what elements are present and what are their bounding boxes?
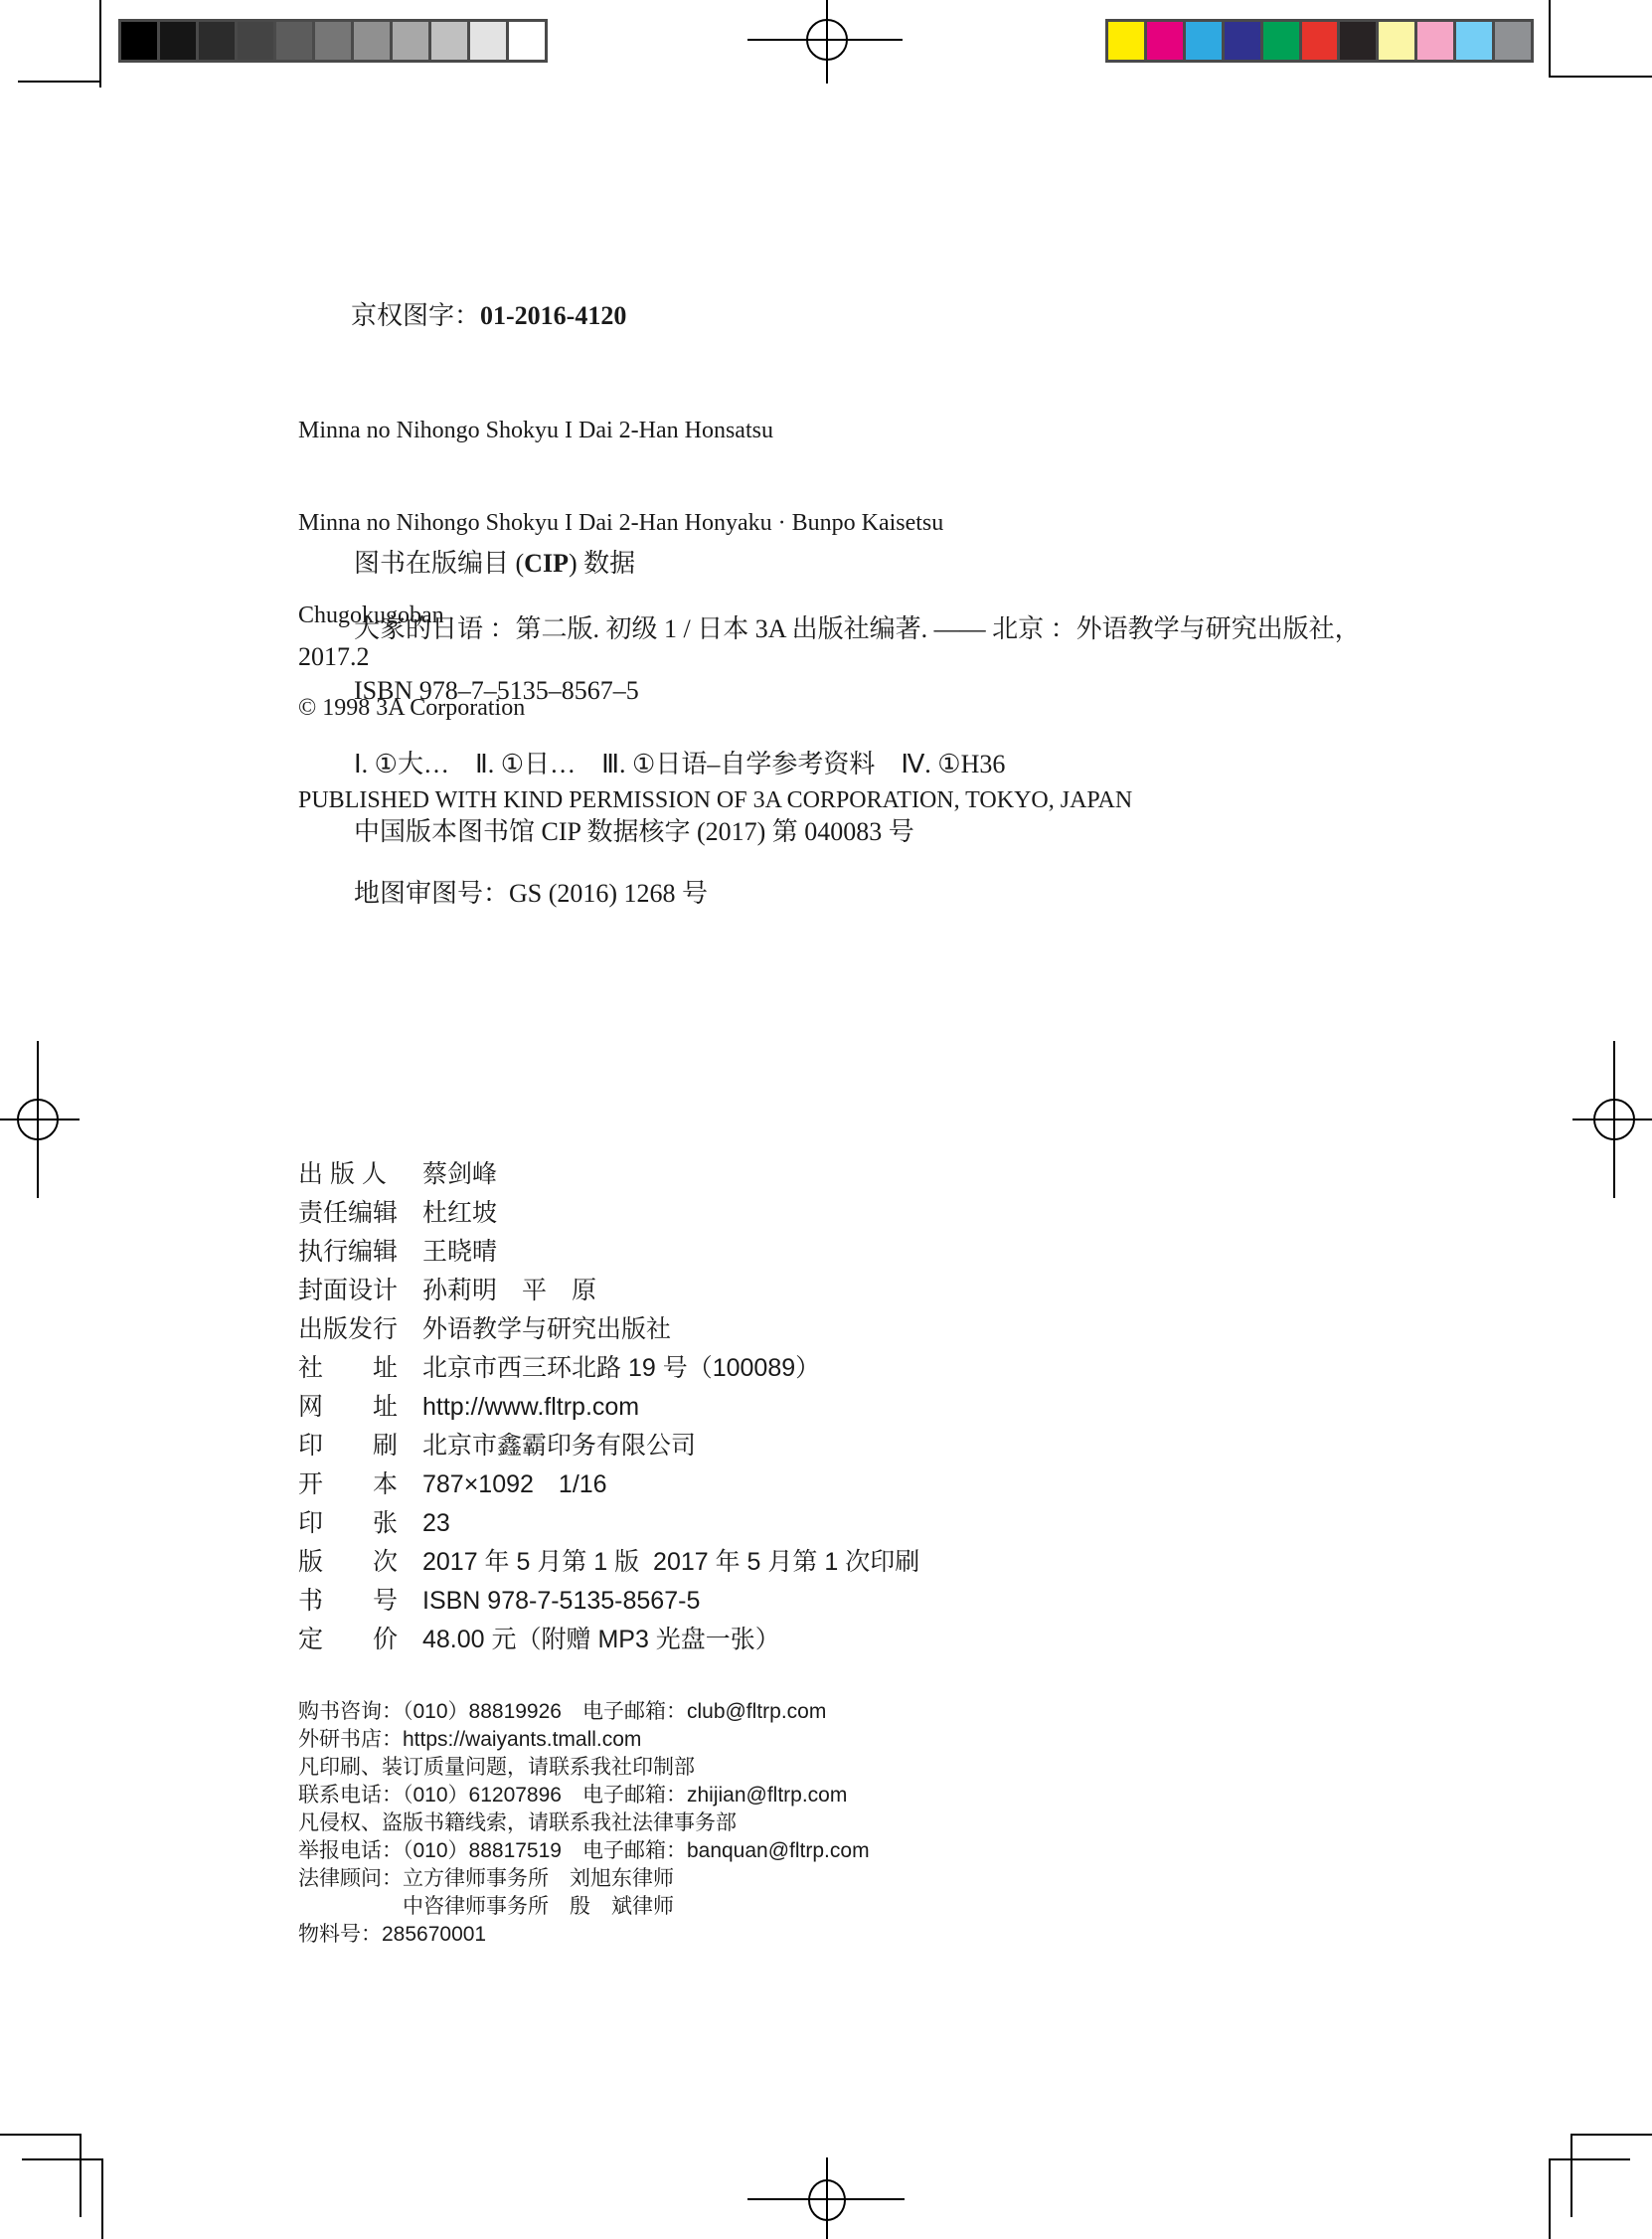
publication-row: 印 刷北京市鑫霸印务有限公司 [298,1427,919,1465]
publication-row: 书 号ISBN 978-7-5135-8567-5 [298,1582,919,1621]
publication-row-value: 北京市鑫霸印务有限公司 [422,1432,696,1460]
publication-row: 网 址http://www.fltrp.com [298,1388,919,1427]
publication-row-value: http://www.fltrp.com [422,1393,639,1421]
calibration-swatch [354,22,390,60]
cip-classification-line: Ⅰ. ①大… Ⅱ. ①日… Ⅲ. ①日语–自学参考资料 Ⅳ. ①H36 [354,744,1005,780]
calibration-swatch [1147,22,1183,60]
publication-row-label: 书 号 [298,1582,422,1621]
contact-line: 中咨律师事务所 殷 斌律师 [298,1893,870,1921]
calibration-swatch [470,22,506,60]
publication-row-label: 出 版 人 [298,1155,422,1194]
crop-mark-bottom-left-icon [101,2158,103,2239]
publication-row-value: 蔡剑峰 [422,1160,497,1188]
calibration-swatch [1186,22,1222,60]
publication-row-label: 责任编辑 [298,1194,422,1233]
publication-row-value: 王晓晴 [422,1238,497,1266]
crop-mark-bottom-right-icon [1572,2134,1652,2136]
contact-line: 凡侵权、盗版书籍线索，请联系我社法律事务部 [298,1809,870,1837]
cip-entry-line-1: 大家的日语 ：第二版. 初级 1 / 日本 3A 出版社编著. —— 北京 ：外… [354,608,1361,645]
calibration-swatch [1495,22,1531,60]
calibration-swatch [276,22,312,60]
publication-row-value: 787×1092 1/16 [422,1470,607,1498]
contact-line: 凡印刷、装订质量问题，请联系我社印制部 [298,1754,870,1782]
registration-crosshair-top-icon [747,39,903,41]
publication-row-label: 执行编辑 [298,1233,422,1272]
calibration-swatch [509,22,545,60]
publication-row-value: 48.00 元（附赠 MP3 光盘一张） [422,1626,780,1653]
publication-row: 出版发行外语教学与研究出版社 [298,1310,919,1349]
contact-line: 购书咨询：（010）88819926 电子邮箱：club@fltrp.com [298,1698,870,1726]
calibration-swatch [160,22,196,60]
calibration-swatch [1108,22,1144,60]
calibration-swatch [1456,22,1492,60]
cip-entry-line-2: 2017.2 [298,642,370,672]
publication-row-label: 出版发行 [298,1310,422,1349]
publication-row-value: 北京市西三环北路 19 号（100089） [422,1354,820,1382]
publication-row: 版 次2017 年 5 月第 1 版 2017 年 5 月第 1 次印刷 [298,1543,919,1582]
crop-mark-top-right-icon [1549,76,1652,78]
license-label: 京权图字： [351,301,480,330]
english-credit-line: Minna no Nihongo Shokyu I Dai 2-Han Hons… [298,416,1132,446]
crop-mark-bottom-left-icon [80,2134,82,2217]
calibration-swatch [121,22,157,60]
crop-mark-bottom-left-icon [22,2158,103,2160]
publication-row: 封面设计孙莉明 平 原 [298,1272,919,1310]
calibration-swatch [393,22,428,60]
color-calibration-bar [1105,19,1534,63]
crop-mark-top-left-icon [18,81,101,83]
contact-line: 法律顾问：立方律师事务所 刘旭东律师 [298,1865,870,1893]
calibration-swatch [1225,22,1260,60]
publication-row-label: 社 址 [298,1349,422,1388]
crop-mark-bottom-right-icon [1549,2158,1551,2239]
cip-isbn-line: ISBN 978–7–5135–8567–5 [354,676,639,706]
registration-crosshair-right-icon [1613,1041,1615,1198]
publication-row-value: 外语教学与研究出版社 [422,1315,671,1343]
publication-row: 定 价48.00 元（附赠 MP3 光盘一张） [298,1621,919,1659]
crop-mark-bottom-left-icon [0,2134,80,2136]
registration-crosshair-right-icon [1572,1119,1652,1120]
publication-row: 印 张23 [298,1504,919,1543]
grayscale-calibration-bar [118,19,548,63]
publication-row: 出 版 人蔡剑峰 [298,1155,919,1194]
license-number: 01-2016-4120 [480,301,626,330]
publication-row-value: 杜红坡 [422,1199,497,1227]
calibration-swatch [199,22,235,60]
contact-line: 联系电话：（010）61207896 电子邮箱：zhijian@fltrp.co… [298,1782,870,1809]
contact-line: 物料号：285670001 [298,1921,870,1949]
cip-heading-cip: CIP [524,549,569,578]
calibration-swatch [431,22,467,60]
contact-line: 举报电话：（010）88817519 电子邮箱：banquan@fltrp.co… [298,1837,870,1865]
crop-mark-bottom-right-icon [1549,2158,1630,2160]
publication-info-list: 出 版 人蔡剑峰责任编辑杜红坡执行编辑王晓晴封面设计孙莉明 平 原出版发行外语教… [298,1155,919,1659]
calibration-swatch [1379,22,1414,60]
publication-row-value: 2017 年 5 月第 1 版 2017 年 5 月第 1 次印刷 [422,1548,919,1576]
calibration-swatch [1263,22,1299,60]
cip-heading-post: ) 数据 [569,549,635,578]
english-credit-line: Minna no Nihongo Shokyu I Dai 2-Han Hony… [298,508,1132,539]
publication-row: 开 本787×1092 1/16 [298,1465,919,1504]
publication-row: 责任编辑杜红坡 [298,1194,919,1233]
calibration-swatch [238,22,273,60]
publication-row-label: 版 次 [298,1543,422,1582]
license-line: 京权图字：01-2016-4120 [351,295,626,332]
publication-row-value: ISBN 978-7-5135-8567-5 [422,1587,700,1615]
publication-row-label: 定 价 [298,1621,422,1659]
cip-record-number-line: 中国版本图书馆 CIP 数据核字 (2017) 第 040083 号 [354,811,914,848]
registration-crosshair-bottom-icon [826,2157,828,2239]
registration-crosshair-left-icon [0,1119,80,1120]
registration-crosshair-top-icon [826,0,828,84]
publication-row-label: 封面设计 [298,1272,422,1310]
crop-mark-bottom-right-icon [1570,2134,1572,2217]
publication-row-label: 印 刷 [298,1427,422,1465]
copyright-page: 京权图字：01-2016-4120 Minna no Nihongo Shoky… [0,0,1652,2239]
calibration-swatch [1302,22,1338,60]
crop-mark-top-right-icon [1549,0,1551,78]
publication-row: 社 址北京市西三环北路 19 号（100089） [298,1349,919,1388]
contact-info-block: 购书咨询：（010）88819926 电子邮箱：club@fltrp.com外研… [298,1698,870,1949]
cip-heading: 图书在版编目 (CIP) 数据 [354,543,635,580]
publication-row-value: 23 [422,1509,450,1537]
crop-mark-top-left-icon [99,0,101,87]
publication-row-label: 印 张 [298,1504,422,1543]
publication-row-label: 网 址 [298,1388,422,1427]
calibration-swatch [315,22,351,60]
registration-crosshair-left-icon [37,1041,39,1198]
contact-line: 外研书店：https://waiyants.tmall.com [298,1726,870,1754]
cip-heading-pre: 图书在版编目 ( [354,549,524,578]
publication-row-label: 开 本 [298,1465,422,1504]
calibration-swatch [1417,22,1453,60]
map-approval-number-line: 地图审图号：GS (2016) 1268 号 [354,873,708,910]
publication-row-value: 孙莉明 平 原 [422,1277,596,1304]
publication-row: 执行编辑王晓晴 [298,1233,919,1272]
calibration-swatch [1340,22,1376,60]
